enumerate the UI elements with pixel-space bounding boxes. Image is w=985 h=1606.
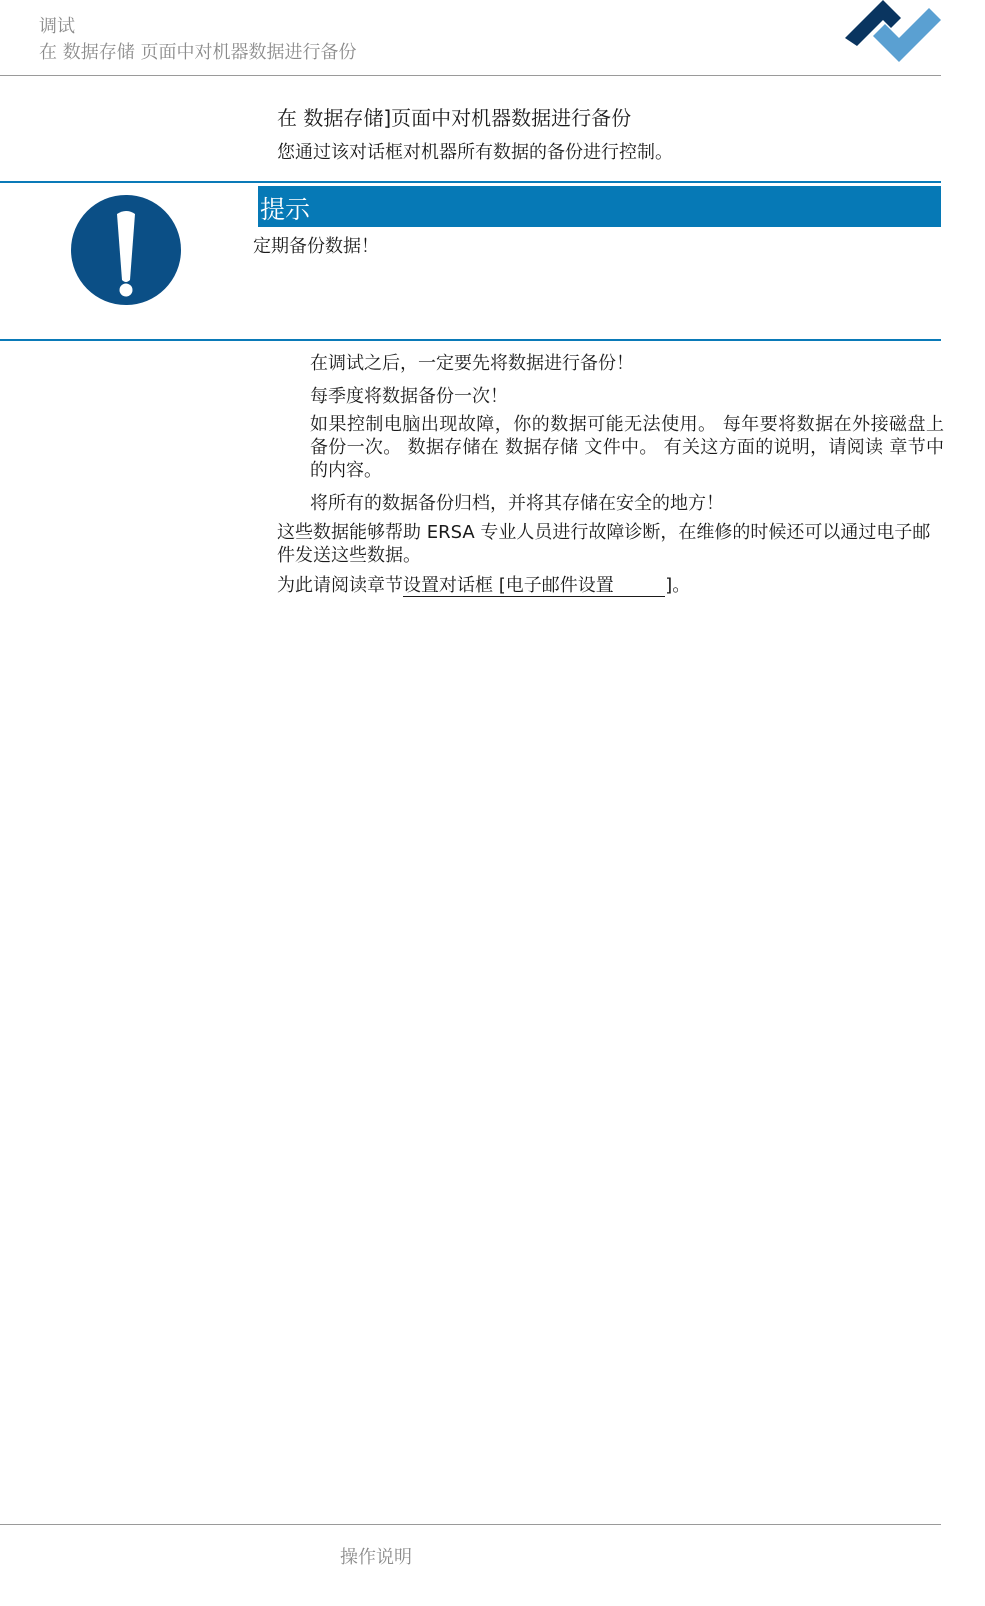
ersa-logo-icon (843, 0, 943, 64)
note-heading: 提示 (260, 190, 310, 226)
page-title: 在 数据存储]页面中对机器数据进行备份 (277, 102, 631, 131)
list-item: 如果控制电脑出现故障，你的数据可能无法使用。 每年要将数据在外接磁盘上备份一次。… (310, 413, 944, 482)
reference-prefix: 为此请阅读章节 (277, 575, 403, 596)
section-title: 在 数据存储 页面中对机器数据进行备份 (39, 38, 356, 64)
list-item: 将所有的数据备份归档，并将其存储在安全的地方！ (310, 492, 724, 515)
footer-divider (0, 1524, 941, 1525)
note-text: 定期备份数据！ (253, 232, 379, 258)
note-heading-bar: 提示 (258, 186, 941, 227)
exclamation-circle-icon (70, 194, 182, 306)
chapter-title: 调试 (39, 12, 75, 38)
body-paragraph: 这些数据能够帮助 ERSA 专业人员进行故障诊断，在维修的时候还可以通过电子邮件… (277, 521, 941, 567)
note-divider-bottom (0, 339, 941, 341)
reference-line: 为此请阅读章节设置对话框 [电子邮件设置 ]。 (277, 574, 690, 597)
list-item: 在调试之后，一定要先将数据进行备份！ (310, 352, 634, 375)
reference-link[interactable]: 设置对话框 [电子邮件设置 (403, 575, 665, 597)
header-divider (0, 75, 941, 76)
footer-title: 操作说明 (340, 1543, 412, 1569)
reference-suffix: ]。 (665, 575, 690, 596)
intro-text: 您通过该对话框对机器所有数据的备份进行控制。 (277, 138, 673, 164)
list-item: 每季度将数据备份一次！ (310, 385, 508, 408)
note-divider-top (0, 181, 941, 183)
